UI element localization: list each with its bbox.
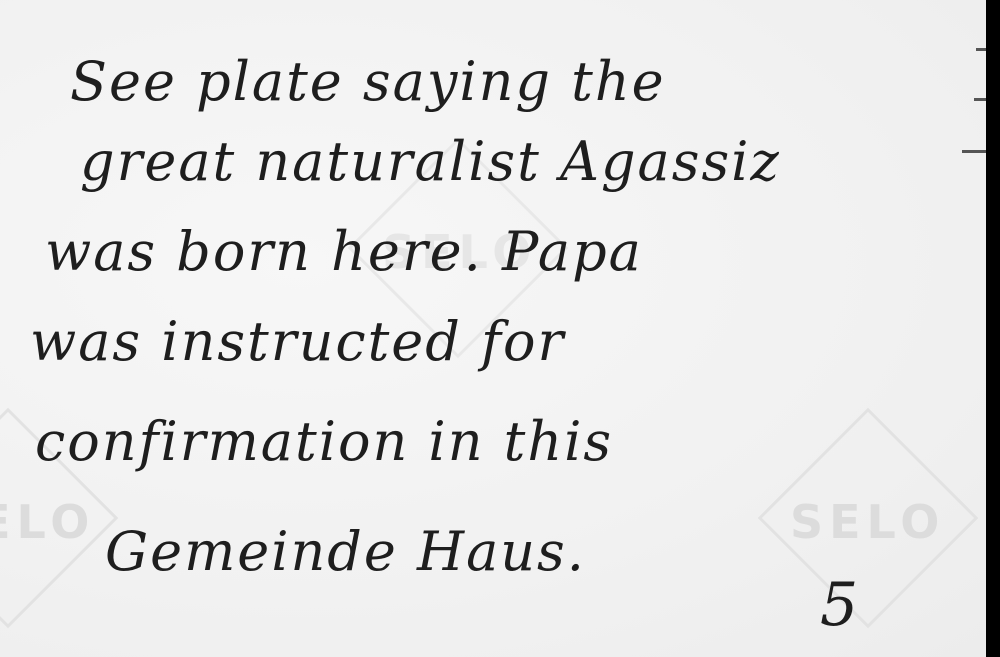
page-number-mark: 5 [820,570,860,640]
note-line-3: was born here. Papa [45,220,643,283]
note-line-6: Gemeinde Haus. [105,520,586,583]
deckled-edge [986,0,1000,657]
note-line-5: confirmation in this [35,410,613,473]
note-line-2: great naturalist Agassiz [80,130,781,193]
note-line-1: See plate saying the [70,50,666,113]
note-line-4: was instructed for [30,310,565,373]
handwritten-note: See plate saying the great naturalist Ag… [0,0,1000,657]
